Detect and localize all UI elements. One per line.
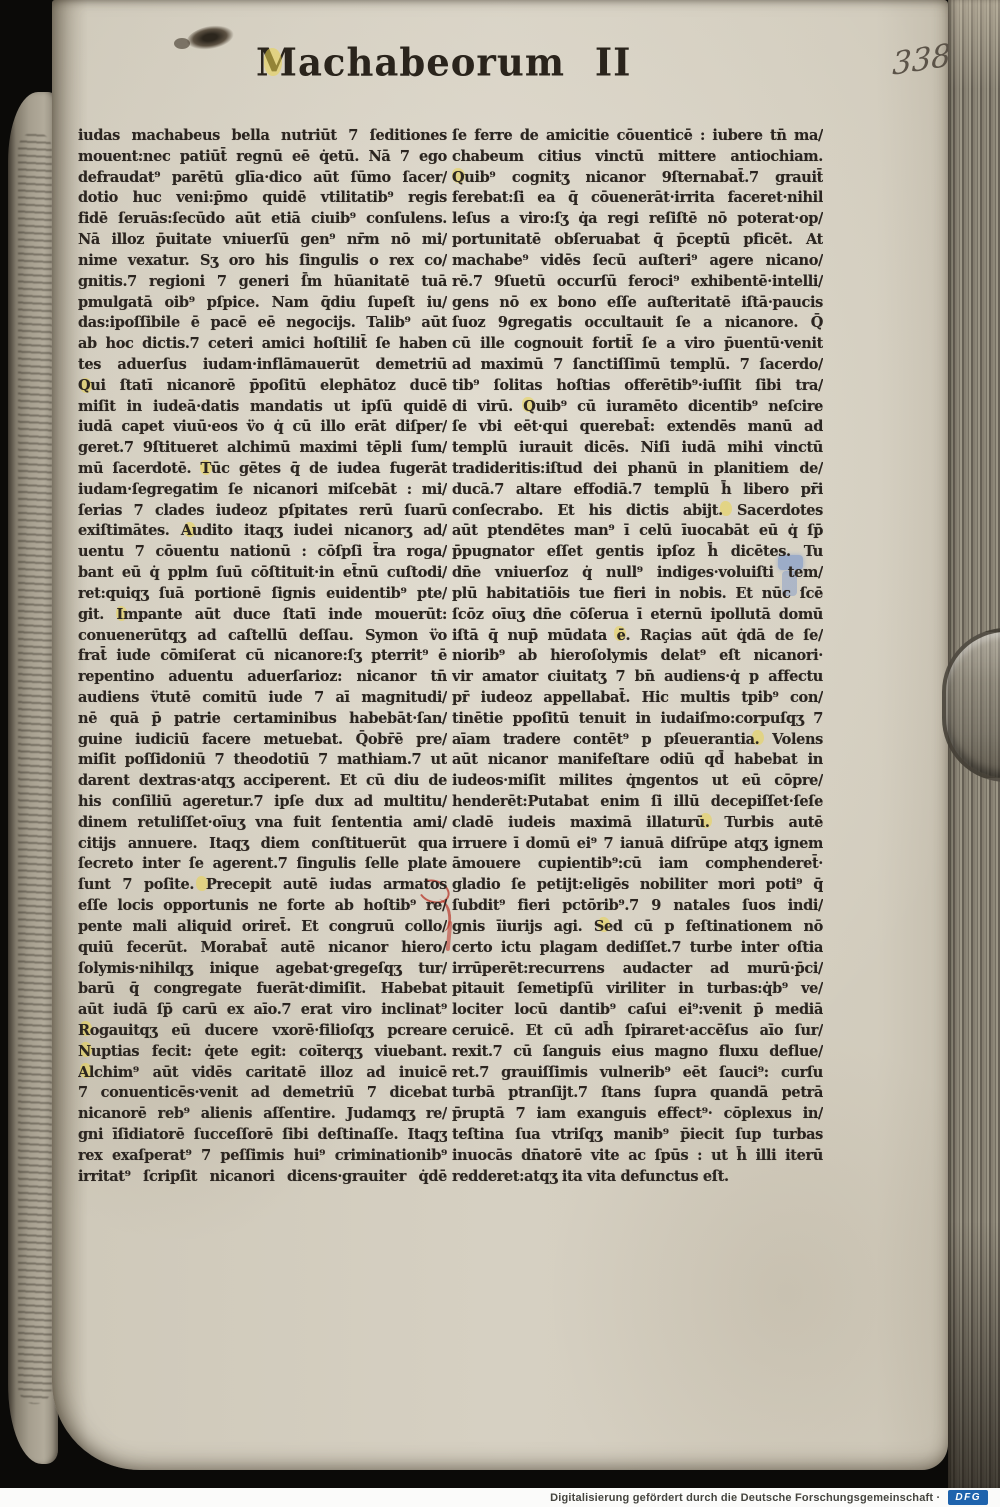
text-line: aūt ptendētes man⁹ ī celū īuocabāt eū q̇… [452,521,823,542]
text-line: vir amator ciuitatʒ 7 bn̄ audiens·q̇ p a… [452,667,823,688]
text-line: ceruicē. Et cū adh̄ ſpiraret·accēſus aīo… [452,1021,823,1042]
text-line: aūt nicanor manifeſtare odiū qd̄ habebat… [452,750,823,771]
text-line: irrūperēt:recurrens audacter ad murū·p̄c… [452,959,823,980]
text-line: tes aduerſus iudam·inflāmauerūt demetriū [78,355,447,376]
text-line: templū iurauit dicēs. Niſi iudā mihi vin… [452,438,823,459]
text-line: ſerias 7 clades iudeoz pſpitates rerū ſu… [78,501,447,522]
text-line: ferebat:ſi ea q̄ cōuenerāt·irrita facere… [452,188,823,209]
text-line: quiū fecerūt. Morabat̄ autē nicanor hier… [78,938,447,959]
text-line: ſolymis·nihilqʒ inique agebat·gregeſqʒ t… [78,959,447,980]
text-line: di virū. Quib⁹ cū iuramēto dicentib⁹ neſ… [452,397,823,418]
text-line: irritat⁹ ſcripſit nicanori dicens·grauit… [78,1167,447,1188]
text-line: pr̄ iudeoz appellabat̄. Hic multis tpib⁹… [452,688,823,709]
text-line: nime vexatur. Sʒ oro his ſingulis o rex … [78,251,447,272]
text-line: chabeum citius vinctū mittere antiochiam… [452,147,823,168]
folio-number: 338 [892,37,951,83]
text-line: ſcōz oīuʒ dn̄e cōſerua ī eternū ipollutā… [452,605,823,626]
ink-stain [184,22,235,52]
text-line: conſecrabo. Et his dictis abijt. Sacerdo… [452,501,823,522]
text-line: gni īſidiatorē ſucceſſorē ſibi deſtinaſſ… [78,1125,447,1146]
text-line: audiens v̈tutē comitū iude 7 aī magnitud… [78,688,447,709]
text-line: frat̄ iude cōmiſerat cū nicanore:ſʒ pter… [78,646,447,667]
text-line: rex exaſperat⁹ 7 peſſimis hui⁹ criminati… [78,1146,447,1167]
text-line: barū q̄ congregate fuerāt·dimiſit. Habeb… [78,979,447,1000]
text-line: inuocās dn̄atorē vite ac ſpūs : ut h̄ il… [452,1146,823,1167]
text-line: Nuptias fecit: q̇ete egit: coīterqʒ viue… [78,1042,447,1063]
text-line: rexit.7 cū ſanguis eius magno fluxu defl… [452,1042,823,1063]
text-line: dinem retuliſſet·oīuʒ vna fuit ſententia… [78,813,447,834]
text-line: rē.7 9ſuetū occurſū feroci⁹ exhibentē·in… [452,272,823,293]
text-line: machabe⁹ vidēs ſecū auſteri⁹ agere nican… [452,251,823,272]
text-line: Quib⁹ cognitʒ nicanor 9ſternabat̄.7 grau… [452,168,823,189]
text-line: cū ille cognouit fortit̄ ſe a viro p̄uen… [452,334,823,355]
text-line: aūt iudā ſp̄ carū ex aīo.7 erat viro inc… [78,1000,447,1021]
text-line: exiſtimātes. Audito itaqʒ iudei nicanorʒ… [78,521,447,542]
text-line: dn̄e vniuerſoz q̇ null⁹ indiges·voluiſti… [452,563,823,584]
text-line: iudas machabeus bella nutriūt 7 ſedition… [78,126,447,147]
rubrication-highlight [264,48,282,76]
text-line: mū ſacerdotē. Tūc gētes q̄ de iudea fuge… [78,459,447,480]
text-line: aīam tradere contēt⁹ p pſeuerantia. Vole… [452,730,823,751]
text-line: iudam·ſegregatim ſe nicanori miſcebāt : … [78,480,447,501]
text-line: guine iudiciū facere metuebat. Q̄obr̄ē p… [78,730,447,751]
text-line: lociter locū dantib⁹ caſui ei⁹:venit p̄ … [452,1000,823,1021]
digitization-credit-text: Digitalisierung gefördert durch die Deut… [550,1492,940,1504]
digitization-credit-bar: Digitalisierung gefördert durch die Deut… [0,1488,1000,1507]
text-line: certo ictu plagam dediſſet.7 turbe inter… [452,938,823,959]
text-line: mouent:nec patiūt̄ regnū eē q̇etū. Nā 7 … [78,147,447,168]
text-line: Nā illoz p̄uitate vniuerſū gen⁹ nr̄m nō … [78,230,447,251]
text-line: iſtā q̄ nup̄ mūdata ē. Raçias aūt q̇dā d… [452,626,823,647]
text-line: ſubdit⁹ fieri pctōrib⁹.7 9 natales ſuos … [452,896,823,917]
text-line: uentu 7 cōuentu nationū : cōſpſi t̄ra ro… [78,542,447,563]
text-line: bant eū q̇ pplm ſuū cōſtituit·in et̄nū c… [78,563,447,584]
text-line: portunitatē obſeruabat q̄ p̄ceptū pficēt… [452,230,823,251]
text-line: turbā ptranſijt.7 ſtans ſupra quandā pet… [452,1083,823,1104]
book-page: Machabeorum II 338 iudas machabeus bella… [52,0,948,1470]
text-line: nē quā p̄ patrie certaminibus habebāt·ſa… [78,709,447,730]
text-line: tinētie ppoſitū tenuit in iudaiſmo:corpu… [452,709,823,730]
text-line: git. Impante aūt duce ſtatī inde mouerūt… [78,605,447,626]
text-line: 7 conuenticēs·venit ad demetriū 7 diceba… [78,1083,447,1104]
dfg-logo: DFG [948,1490,988,1505]
text-line: henderēt:Putabat enim ſi illū decepiſſet… [452,792,823,813]
text-line: miſit in iudeā·datis mandatis ut ipſū qu… [78,397,447,418]
text-line: nicanorē reb⁹ alienis aſſentire. Judamqʒ… [78,1104,447,1125]
text-line: gnitis.7 regioni 7 generi ſ̄m hūanitatē … [78,272,447,293]
text-line: pmulgatā oib⁹ pſpice. Nam q̄diu ſupeſt i… [78,293,447,314]
text-line: iudā capet viuū·eos v̈o q̇ cū illo erāt … [78,417,447,438]
text-line: gens nō ex bono eſſe auſteritatē iſtā·pa… [452,293,823,314]
facing-page-edge [8,92,58,1464]
text-line: geret.7 9ſtitueret alchimū maximi tēpli … [78,438,447,459]
text-line: ad maximū 7 ſanctiſſimū templū. 7 ſacerd… [452,355,823,376]
text-line: ſe vbi eēt·qui querebat̄: extendēs manū … [452,417,823,438]
text-line: Alchim⁹ aūt vidēs caritatē illoz ad inui… [78,1063,447,1084]
text-line: cladē iudeis maximā illaturū. Turbis aut… [452,813,823,834]
scan-viewport: { "page": { "header_title": "Machabeorum… [0,0,1000,1507]
text-line: citijs annuere. Itaqʒ diem conſtituerūt … [78,834,447,855]
text-line: p̄ruptā 7 iam exanguis effect⁹· cōplexus… [452,1104,823,1125]
page-title: Machabeorum II [256,39,631,85]
text-line: irruere ī domū ei⁹ 7 ianuā diſrūpe atqʒ … [452,834,823,855]
text-line: redderet:atqʒ ita vita defunctus eſt. [452,1167,823,1188]
text-line: ſuoz 9gregatis occultauit ſe a nicanore.… [452,313,823,334]
text-line: ret:quiqʒ ſuā portionē ſignis euidentib⁹… [78,584,447,605]
text-line: eſſe locis opportunis ne forte ab hoſtib… [78,896,447,917]
text-line: āmouere cupientib⁹:cū iam comphenderet̄· [452,854,823,875]
text-line: niorib⁹ ab hieroſolymis delat⁹ eſt nican… [452,646,823,667]
text-line: plū habitatiōis tue fieri in nobis. Et n… [452,584,823,605]
text-line: fidē ſeruās:ſecūdo aūt etiā ciuib⁹ conſu… [78,209,447,230]
text-line: iudeos·miſit milites q̇ngentos ut eū cōp… [452,771,823,792]
text-line: gnis īiurijs agi. Sed cū p feſtinationem… [452,917,823,938]
text-line: conuenerūtqʒ ad caſtellū deſſau. Symon v… [78,626,447,647]
text-line: leſus a viro:ſʒ q̇a regi reſiſtē nō pote… [452,209,823,230]
facing-page-text-blur [18,132,52,1404]
text-line: Qui ſtatī nicanorē p̄poſitū elephātoz du… [78,376,447,397]
text-line: repentino aduentu aduerſarioz: nicanor t… [78,667,447,688]
text-line: defraudat⁹ parētū glīa·dico aūt ſūmo ſac… [78,168,447,189]
text-line: ab hoc dictis.7 ceteri amici hoſtilit̄ ſ… [78,334,447,355]
text-line: ducā.7 altare effodiā.7 templū h̄ libero… [452,480,823,501]
text-line: his conſiliū ageretur.7 ipſe dux ad mult… [78,792,447,813]
text-line: dotio huc veni:p̄mo quidē vtilitatib⁹ re… [78,188,447,209]
text-line: das:ipoſſibile ē pacē eē negocijs. Talib… [78,313,447,334]
text-line: ſunt 7 poſite. Precepit autē iudas armat… [78,875,447,896]
text-line: p̄pugnator eſſet gentis ipſoz h̄ dicētes… [452,542,823,563]
text-column-left: iudas machabeus bella nutriūt 7 ſedition… [78,126,447,1187]
text-line: gladio ſe petijt:eligēs nobiliter mori p… [452,875,823,896]
ink-stain-small [174,38,190,49]
text-line: pitauit ſemetipſū viriliter in turbas:q̇… [452,979,823,1000]
text-line: tradideritis:iſtud dei phanū in planitie… [452,459,823,480]
text-line: darent dextras·atqʒ acciperent. Et cū di… [78,771,447,792]
text-line: pente mali aliquid oriret̄. Et congruū c… [78,917,447,938]
text-column-right: ſe ferre de amicitie cōuenticē : iubere … [452,126,823,1187]
text-line: ſecreto inter ſe agerent.7 ſingulis ſell… [78,854,447,875]
text-line: Rogauitqʒ eū ducere vxorē·filioſqʒ pcrea… [78,1021,447,1042]
text-line: ret.7 grauiſſimis vulnerib⁹ eēt ſauci⁹: … [452,1063,823,1084]
text-line: miſit poſſidoniū 7 theodotiū 7 mathiam.7… [78,750,447,771]
text-line: tib⁹ ſolitas hoſtias offerētib⁹·iuſſit ſ… [452,376,823,397]
text-line: ſe ferre de amicitie cōuenticē : iubere … [452,126,823,147]
text-line: teſtina ſua vtriſqʒ manib⁹ p̄iecit ſup t… [452,1125,823,1146]
